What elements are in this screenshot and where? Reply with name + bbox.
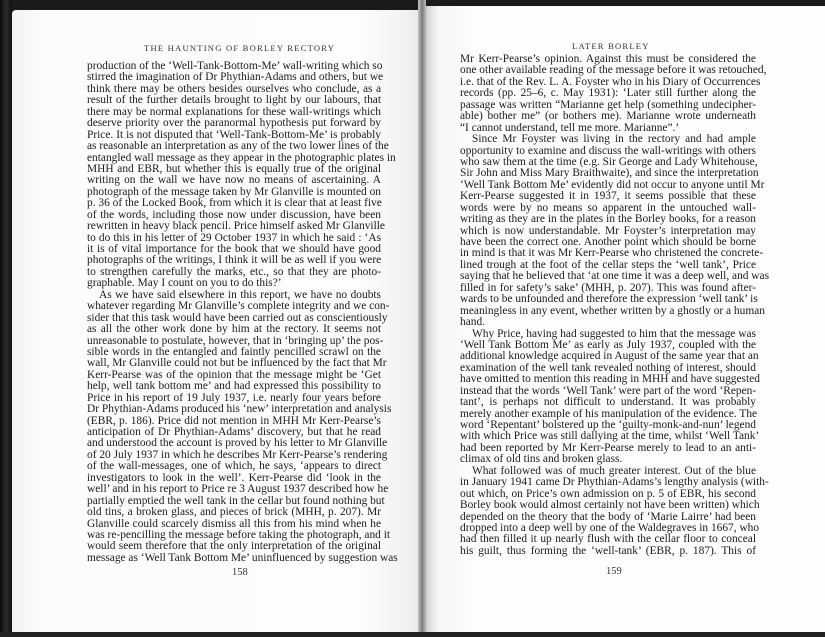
right-running-head: LATER BORLEY	[572, 41, 650, 51]
scan-bottom-border	[0, 632, 825, 637]
right-page-body: Mr Kerr-Pearse’s opinion. Against this m…	[460, 54, 756, 557]
text-line: help, well tank bottom me’ and had expre…	[87, 381, 381, 392]
book-cover-edge	[0, 0, 12, 637]
text-line: hand.	[460, 317, 756, 328]
text-line: rewritten in heavy black pencil. Price h…	[87, 221, 381, 232]
text-line: message as ‘Well Tank Bottom Me’ uninflu…	[87, 553, 381, 564]
text-line: Kerr-Pearse suggested it in 1937, it see…	[460, 191, 756, 202]
text-line: Since Mr Foyster was living in the recto…	[460, 134, 756, 145]
text-line: Dr Phythian-Adams produced his ‘new’ int…	[87, 404, 381, 415]
text-line: well’ and in his report to Price re 3 Au…	[87, 484, 381, 495]
right-page-number: 159	[606, 566, 622, 577]
left-running-head: THE HAUNTING OF BORLEY RECTORY	[144, 43, 335, 53]
text-line: meaningless in any event, whether writte…	[460, 306, 756, 317]
text-line: p. 36 of the Locked Book, from which it …	[87, 198, 381, 209]
text-line: wards to be unfounded and therefore the …	[460, 294, 756, 305]
text-line: have omitted to mention this reading in …	[460, 374, 756, 385]
text-line: old tins, a broken glass, and pieces of …	[87, 507, 381, 518]
text-line: tant’, is perhaps not difficult to under…	[460, 397, 756, 408]
text-line: Borley book would almost certainly not h…	[460, 500, 756, 511]
text-line: whatever regarding Mr Glanville’s comple…	[87, 301, 381, 312]
text-line: as all the other work done by him at the…	[87, 324, 381, 335]
left-page-body: production of the ‘Well-Tank-Bottom-Me’ …	[87, 61, 381, 564]
text-line: his guilt, thus forming the ‘well-tank’ …	[460, 546, 756, 557]
book-spine-gutter	[418, 0, 426, 637]
text-line: as reasonable an interpretation as any o…	[87, 141, 381, 152]
text-line: able) bother me” (or bothers me). Marian…	[460, 111, 756, 122]
left-page-number: 158	[232, 567, 248, 578]
text-line: deserve priority over the paranormal hyp…	[87, 118, 381, 129]
book-spread: THE HAUNTING OF BORLEY RECTORY LATER BOR…	[0, 0, 825, 637]
text-line: in January 1941 came Dr Phythian-Adams’s…	[460, 477, 756, 488]
text-line: writing as they are in the plates in the…	[460, 214, 756, 225]
